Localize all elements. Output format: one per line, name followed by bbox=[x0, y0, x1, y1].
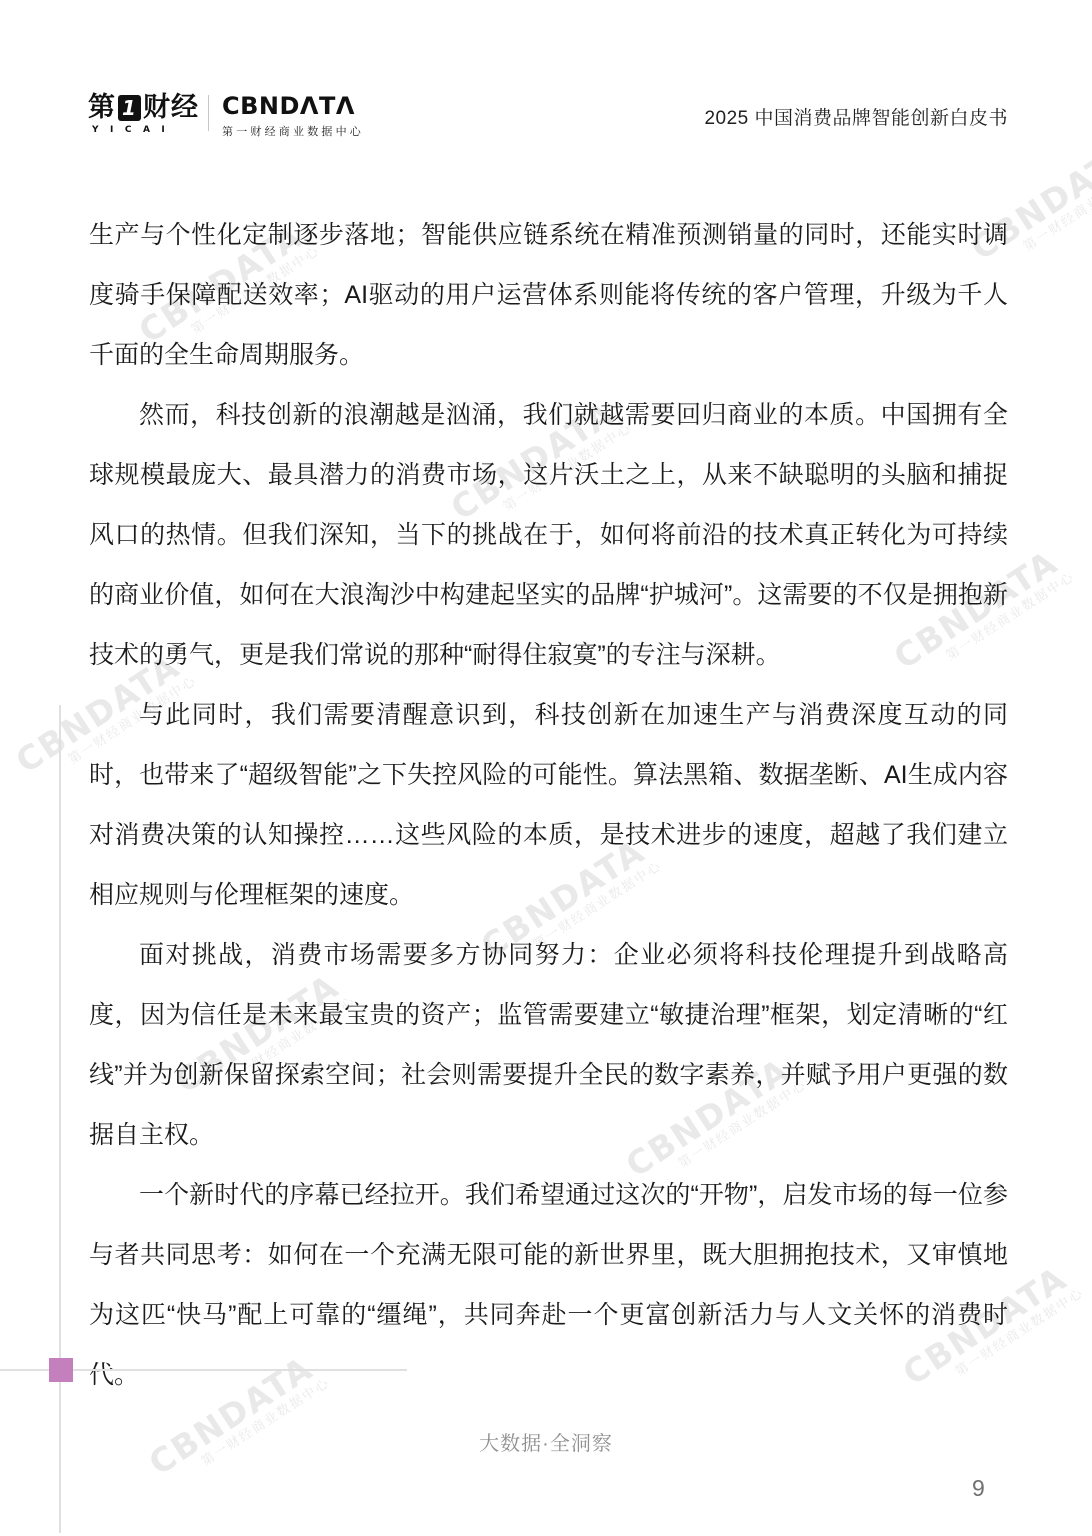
yicai-logo-main: 第 1 财经 bbox=[88, 94, 199, 121]
cbndata-logo: CBNDΛTΛ 第一财经商业数据中心 bbox=[222, 94, 364, 139]
yicai-logo-subtext: YICAI bbox=[88, 125, 199, 135]
footer-tagline: 大数据·全洞察 bbox=[0, 1427, 1092, 1456]
page-number: 9 bbox=[972, 1475, 985, 1502]
yicai-logo-char-left: 第 bbox=[88, 94, 116, 121]
cbndata-logo-text: CBNDΛTΛ bbox=[222, 94, 364, 118]
yicai-logo: 第 1 财经 YICAI bbox=[88, 94, 199, 135]
accent-square bbox=[49, 1358, 73, 1382]
paragraph: 生产与个性化定制逐步落地；智能供应链系统在精准预测销量的同时，还能实时调度骑手保… bbox=[89, 205, 1008, 385]
yicai-logo-chars-right: 财经 bbox=[143, 94, 199, 121]
logo-area: 第 1 财经 YICAI CBNDΛTΛ 第一财经商业数据中心 bbox=[88, 94, 364, 139]
cbndata-logo-subtext: 第一财经商业数据中心 bbox=[222, 123, 364, 139]
vertical-decor-line bbox=[59, 705, 61, 1533]
paragraph: 然而，科技创新的浪潮越是汹涌，我们就越需要回归商业的本质。中国拥有全球规模最庞大… bbox=[89, 385, 1008, 685]
yicai-one-icon: 1 bbox=[118, 95, 141, 121]
document-title: 2025 中国消费品牌智能创新白皮书 bbox=[704, 103, 1008, 130]
body-text: 生产与个性化定制逐步落地；智能供应链系统在精准预测销量的同时，还能实时调度骑手保… bbox=[89, 205, 1008, 1405]
logo-separator bbox=[208, 95, 209, 131]
paragraph: 面对挑战，消费市场需要多方协同努力：企业必须将科技伦理提升到战略高度，因为信任是… bbox=[89, 925, 1008, 1165]
paragraph: 与此同时，我们需要清醒意识到，科技创新在加速生产与消费深度互动的同时，也带来了“… bbox=[89, 685, 1008, 925]
document-page: CBNDATA第一财经商业数据中心CBNDATA第一财经商业数据中心CBNDAT… bbox=[0, 0, 1092, 1536]
